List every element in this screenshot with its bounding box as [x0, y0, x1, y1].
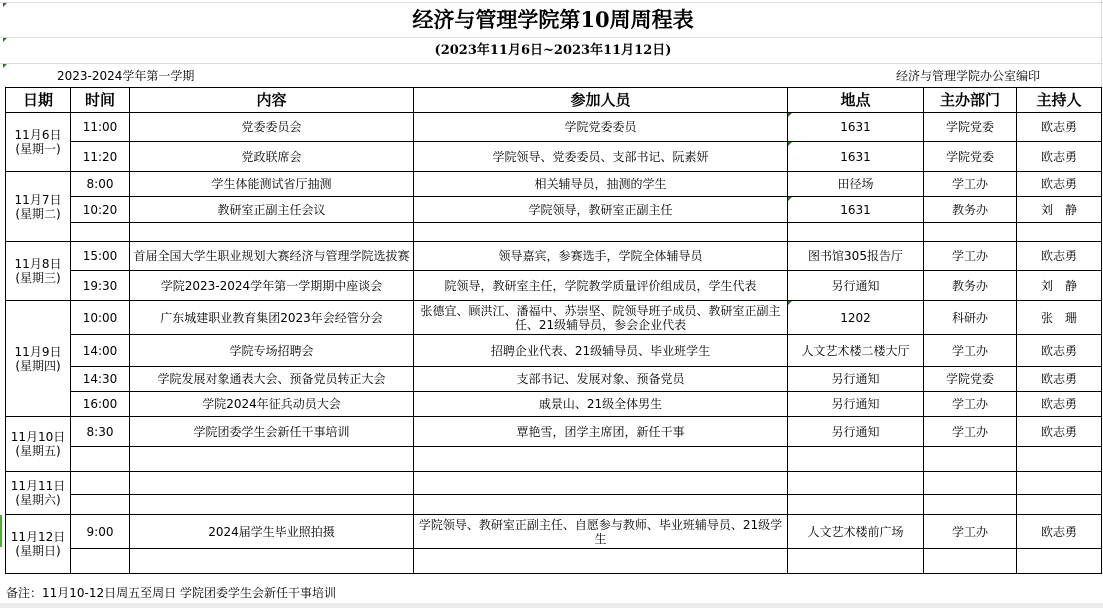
weekday-label: (星期六) [8, 493, 68, 507]
department-cell[interactable]: 学工办 [924, 242, 1017, 271]
schedule-table: 日期 时间 内容 参加人员 地点 主办部门 主持人 11月6日(星期一) 11:… [5, 87, 1102, 574]
host-cell[interactable]: 欧志勇 [1017, 242, 1102, 271]
page-title[interactable]: 经济与管理学院第10周周程表 [5, 4, 1101, 36]
time-cell[interactable]: 11:00 [71, 113, 130, 142]
content-cell[interactable]: 学院团委学生会新任干事培训 [130, 417, 414, 447]
location-cell[interactable]: 人文艺术楼前广场 [788, 515, 924, 549]
time-cell[interactable] [71, 447, 130, 472]
participants-cell[interactable]: 学院党委委员 [414, 113, 788, 142]
participants-cell[interactable]: 覃艳雪，团学主席团，新任干事 [414, 417, 788, 447]
content-cell[interactable]: 学院2023-2024学年第一学期期中座谈会 [130, 271, 414, 301]
weekday-label: (星期五) [8, 444, 68, 458]
header-host[interactable]: 主持人 [1017, 88, 1102, 113]
time-cell[interactable] [71, 495, 130, 515]
location-cell[interactable]: 另行通知 [788, 367, 924, 392]
table-row: 11月7日(星期二) 8:00 学生体能测试省厅抽测 相关辅导员，抽测的学生 田… [6, 172, 1102, 197]
participants-cell[interactable] [414, 549, 788, 574]
time-cell[interactable]: 14:00 [71, 335, 130, 367]
time-cell[interactable]: 10:20 [71, 197, 130, 223]
location-cell[interactable]: 1631 [788, 113, 924, 142]
department-cell[interactable]: 科研办 [924, 301, 1017, 335]
host-cell[interactable] [1017, 495, 1102, 515]
header-content[interactable]: 内容 [130, 88, 414, 113]
time-cell[interactable]: 15:00 [71, 242, 130, 271]
table-row: 16:00 学院2024年征兵动员大会 戚景山、21级全体男生 另行通知 学工办… [6, 392, 1102, 417]
date-label: 11月12日 [8, 530, 68, 544]
date-cell[interactable]: 11月7日(星期二) [6, 172, 71, 242]
date-label: 11月9日 [8, 345, 68, 359]
table-row [6, 223, 1102, 242]
header-participants[interactable]: 参加人员 [414, 88, 788, 113]
gridline [0, 2, 1103, 3]
participants-cell[interactable]: 张德宜、顾洪江、潘福中、苏崇坚、院领导班子成员、教研室正副主任、21级辅导员，参… [414, 301, 788, 335]
participants-cell[interactable] [414, 223, 788, 242]
location-cell[interactable] [788, 447, 924, 472]
participants-cell[interactable] [414, 447, 788, 472]
date-cell[interactable]: 11月6日(星期一) [6, 113, 71, 172]
location-cell[interactable] [788, 495, 924, 515]
gridline [1101, 0, 1102, 87]
department-cell[interactable]: 学院党委 [924, 142, 1017, 172]
time-cell[interactable] [71, 472, 130, 495]
host-cell[interactable]: 刘 静 [1017, 271, 1102, 301]
cell-comment-marker-icon [788, 142, 792, 146]
header-date[interactable]: 日期 [6, 88, 71, 113]
table-row: 11月11日(星期六) [6, 472, 1102, 495]
weekday-label: (星期四) [8, 359, 68, 373]
host-cell[interactable]: 欧志勇 [1017, 367, 1102, 392]
content-cell[interactable] [130, 223, 414, 242]
department-cell[interactable]: 学工办 [924, 172, 1017, 197]
location-cell[interactable] [788, 549, 924, 574]
weekday-label: (星期一) [8, 142, 68, 156]
host-cell[interactable] [1017, 447, 1102, 472]
department-cell[interactable] [924, 223, 1017, 242]
content-cell[interactable] [130, 447, 414, 472]
time-cell[interactable]: 16:00 [71, 392, 130, 417]
weekday-label: (星期三) [8, 271, 68, 285]
time-cell[interactable]: 19:30 [71, 271, 130, 301]
time-cell[interactable] [71, 223, 130, 242]
location-value: 1202 [840, 311, 871, 325]
department-cell[interactable]: 学院党委 [924, 367, 1017, 392]
sheet-bottom-bar [0, 603, 1103, 608]
participants-cell[interactable]: 领导嘉宾，参赛选手，学院全体辅导员 [414, 242, 788, 271]
time-cell[interactable] [71, 549, 130, 574]
date-label: 11月7日 [8, 193, 68, 207]
table-row: 11月10日(星期五) 8:30 学院团委学生会新任干事培训 覃艳雪，团学主席团… [6, 417, 1102, 447]
participants-cell[interactable]: 院领导，教研室主任，学院教学质量评价组成员，学生代表 [414, 271, 788, 301]
location-cell[interactable]: 图书馆305报告厅 [788, 242, 924, 271]
remark-note[interactable]: 备注：11月10-12日周五至周日 学院团委学生会新任干事培训 [6, 584, 336, 602]
participants-cell[interactable]: 学院领导、教研室正副主任、自愿参与教师、毕业班辅导员、21级学生 [414, 515, 788, 549]
department-cell[interactable]: 学工办 [924, 335, 1017, 367]
content-cell[interactable] [130, 495, 414, 515]
department-cell[interactable]: 教务办 [924, 271, 1017, 301]
location-cell[interactable]: 1202 [788, 301, 924, 335]
host-cell[interactable]: 欧志勇 [1017, 515, 1102, 549]
date-cell[interactable]: 11月10日(星期五) [6, 417, 71, 472]
location-value: 1631 [840, 203, 871, 217]
table-row: 19:30 学院2023-2024学年第一学期期中座谈会 院领导，教研室主任，学… [6, 271, 1102, 301]
time-cell[interactable]: 8:00 [71, 172, 130, 197]
location-cell[interactable]: 田径场 [788, 172, 924, 197]
host-cell[interactable] [1017, 549, 1102, 574]
participants-cell[interactable]: 相关辅导员，抽测的学生 [414, 172, 788, 197]
host-cell[interactable] [1017, 223, 1102, 242]
weekday-label: (星期二) [8, 207, 68, 221]
content-cell[interactable]: 首届全国大学生职业规划大赛经济与管理学院选拔赛 [130, 242, 414, 271]
content-cell[interactable]: 学院专场招聘会 [130, 335, 414, 367]
header-time[interactable]: 时间 [71, 88, 130, 113]
table-row: 11月9日(星期四) 10:00 广东城建职业教育集团2023年会经管分会 张德… [6, 301, 1102, 335]
host-cell[interactable]: 欧志勇 [1017, 172, 1102, 197]
table-row: 11:20 党政联席会 学院领导、党委委员、支部书记、阮素妍 1631 学院党委… [6, 142, 1102, 172]
location-cell[interactable]: 另行通知 [788, 392, 924, 417]
location-cell[interactable]: 另行通知 [788, 271, 924, 301]
location-cell[interactable]: 另行通知 [788, 417, 924, 447]
department-cell[interactable] [924, 549, 1017, 574]
host-cell[interactable]: 欧志勇 [1017, 392, 1102, 417]
content-cell[interactable] [130, 549, 414, 574]
weekday-label: (星期日) [8, 544, 68, 558]
time-cell[interactable]: 9:00 [71, 515, 130, 549]
host-cell[interactable]: 欧志勇 [1017, 113, 1102, 142]
date-cell[interactable]: 11月11日(星期六) [6, 472, 71, 515]
table-row: 11月6日(星期一) 11:00 党委委员会 学院党委委员 1631 学院党委 … [6, 113, 1102, 142]
host-cell[interactable]: 张 珊 [1017, 301, 1102, 335]
location-cell[interactable] [788, 223, 924, 242]
content-cell[interactable]: 学生体能测试省厅抽测 [130, 172, 414, 197]
location-cell[interactable]: 1631 [788, 197, 924, 223]
date-label: 11月8日 [8, 257, 68, 271]
header-department[interactable]: 主办部门 [924, 88, 1017, 113]
date-cell[interactable]: 11月9日(星期四) [6, 301, 71, 417]
table-row: 11月12日(星期日) 9:00 2024届学生毕业照拍摄 学院领导、教研室正副… [6, 515, 1102, 549]
content-cell[interactable]: 教研室正副主任会议 [130, 197, 414, 223]
cell-comment-marker-icon [788, 301, 792, 305]
participants-cell[interactable] [414, 495, 788, 515]
location-value: 1631 [840, 150, 871, 164]
location-cell[interactable]: 人文艺术楼二楼大厅 [788, 335, 924, 367]
table-row: 14:00 学院专场招聘会 招聘企业代表、21级辅导员、毕业班学生 人文艺术楼二… [6, 335, 1102, 367]
department-cell[interactable]: 学工办 [924, 392, 1017, 417]
table-row: 14:30 学院发展对象通表大会、预备党员转正大会 支部书记、发展对象、预备党员… [6, 367, 1102, 392]
content-cell[interactable]: 学院发展对象通表大会、预备党员转正大会 [130, 367, 414, 392]
department-cell[interactable]: 学院党委 [924, 113, 1017, 142]
date-label: 11月11日 [8, 479, 68, 493]
location-cell[interactable]: 1631 [788, 142, 924, 172]
table-row: 11月8日(星期三) 15:00 首届全国大学生职业规划大赛经济与管理学院选拔赛… [6, 242, 1102, 271]
content-cell[interactable]: 党政联席会 [130, 142, 414, 172]
department-cell[interactable] [924, 447, 1017, 472]
date-cell[interactable]: 11月8日(星期三) [6, 242, 71, 301]
host-cell[interactable] [1017, 472, 1102, 495]
host-cell[interactable]: 欧志勇 [1017, 417, 1102, 447]
semester-label[interactable]: 2023-2024学年第一学期 [57, 66, 194, 86]
cell-comment-marker-icon [3, 64, 7, 68]
location-value: 1631 [840, 120, 871, 134]
header-row: 日期 时间 内容 参加人员 地点 主办部门 主持人 [6, 88, 1102, 113]
spreadsheet-sheet: 经济与管理学院第10周周程表 (2023年11月6日~2023年11月12日) … [0, 0, 1103, 608]
content-cell[interactable]: 党委委员会 [130, 113, 414, 142]
participants-cell[interactable]: 学院领导、党委委员、支部书记、阮素妍 [414, 142, 788, 172]
date-label: 11月10日 [8, 430, 68, 444]
content-cell[interactable]: 学院2024年征兵动员大会 [130, 392, 414, 417]
host-cell[interactable]: 欧志勇 [1017, 335, 1102, 367]
participants-cell[interactable] [414, 472, 788, 495]
table-row: 10:20 教研室正副主任会议 学院领导，教研室正副主任 1631 教务办 刘 … [6, 197, 1102, 223]
participants-cell[interactable]: 支部书记、发展对象、预备党员 [414, 367, 788, 392]
department-cell[interactable]: 学工办 [924, 417, 1017, 447]
department-cell[interactable] [924, 495, 1017, 515]
participants-cell[interactable]: 学院领导，教研室正副主任 [414, 197, 788, 223]
location-cell[interactable] [788, 472, 924, 495]
table-row [6, 549, 1102, 574]
cell-comment-marker-icon [788, 197, 792, 201]
content-cell[interactable]: 2024届学生毕业照拍摄 [130, 515, 414, 549]
table-row [6, 495, 1102, 515]
department-cell[interactable] [924, 472, 1017, 495]
department-cell[interactable]: 学工办 [924, 515, 1017, 549]
row-selection-marker [0, 515, 2, 547]
table-row [6, 447, 1102, 472]
time-cell[interactable]: 14:30 [71, 367, 130, 392]
date-range-subtitle[interactable]: (2023年11月6日~2023年11月12日) [5, 38, 1101, 64]
participants-cell[interactable]: 戚景山、21级全体男生 [414, 392, 788, 417]
department-cell[interactable]: 教务办 [924, 197, 1017, 223]
participants-cell[interactable]: 招聘企业代表、21级辅导员、毕业班学生 [414, 335, 788, 367]
date-label: 11月6日 [8, 128, 68, 142]
time-cell[interactable]: 10:00 [71, 301, 130, 335]
content-cell[interactable]: 广东城建职业教育集团2023年会经管分会 [130, 301, 414, 335]
time-cell[interactable]: 11:20 [71, 142, 130, 172]
compiler-label[interactable]: 经济与管理学院办公室编印 [896, 66, 1040, 86]
content-cell[interactable] [130, 472, 414, 495]
date-cell[interactable]: 11月12日(星期日) [6, 515, 71, 574]
host-cell[interactable]: 欧志勇 [1017, 142, 1102, 172]
time-cell[interactable]: 8:30 [71, 417, 130, 447]
cell-comment-marker-icon [788, 113, 792, 117]
host-cell[interactable]: 刘 静 [1017, 197, 1102, 223]
header-location[interactable]: 地点 [788, 88, 924, 113]
